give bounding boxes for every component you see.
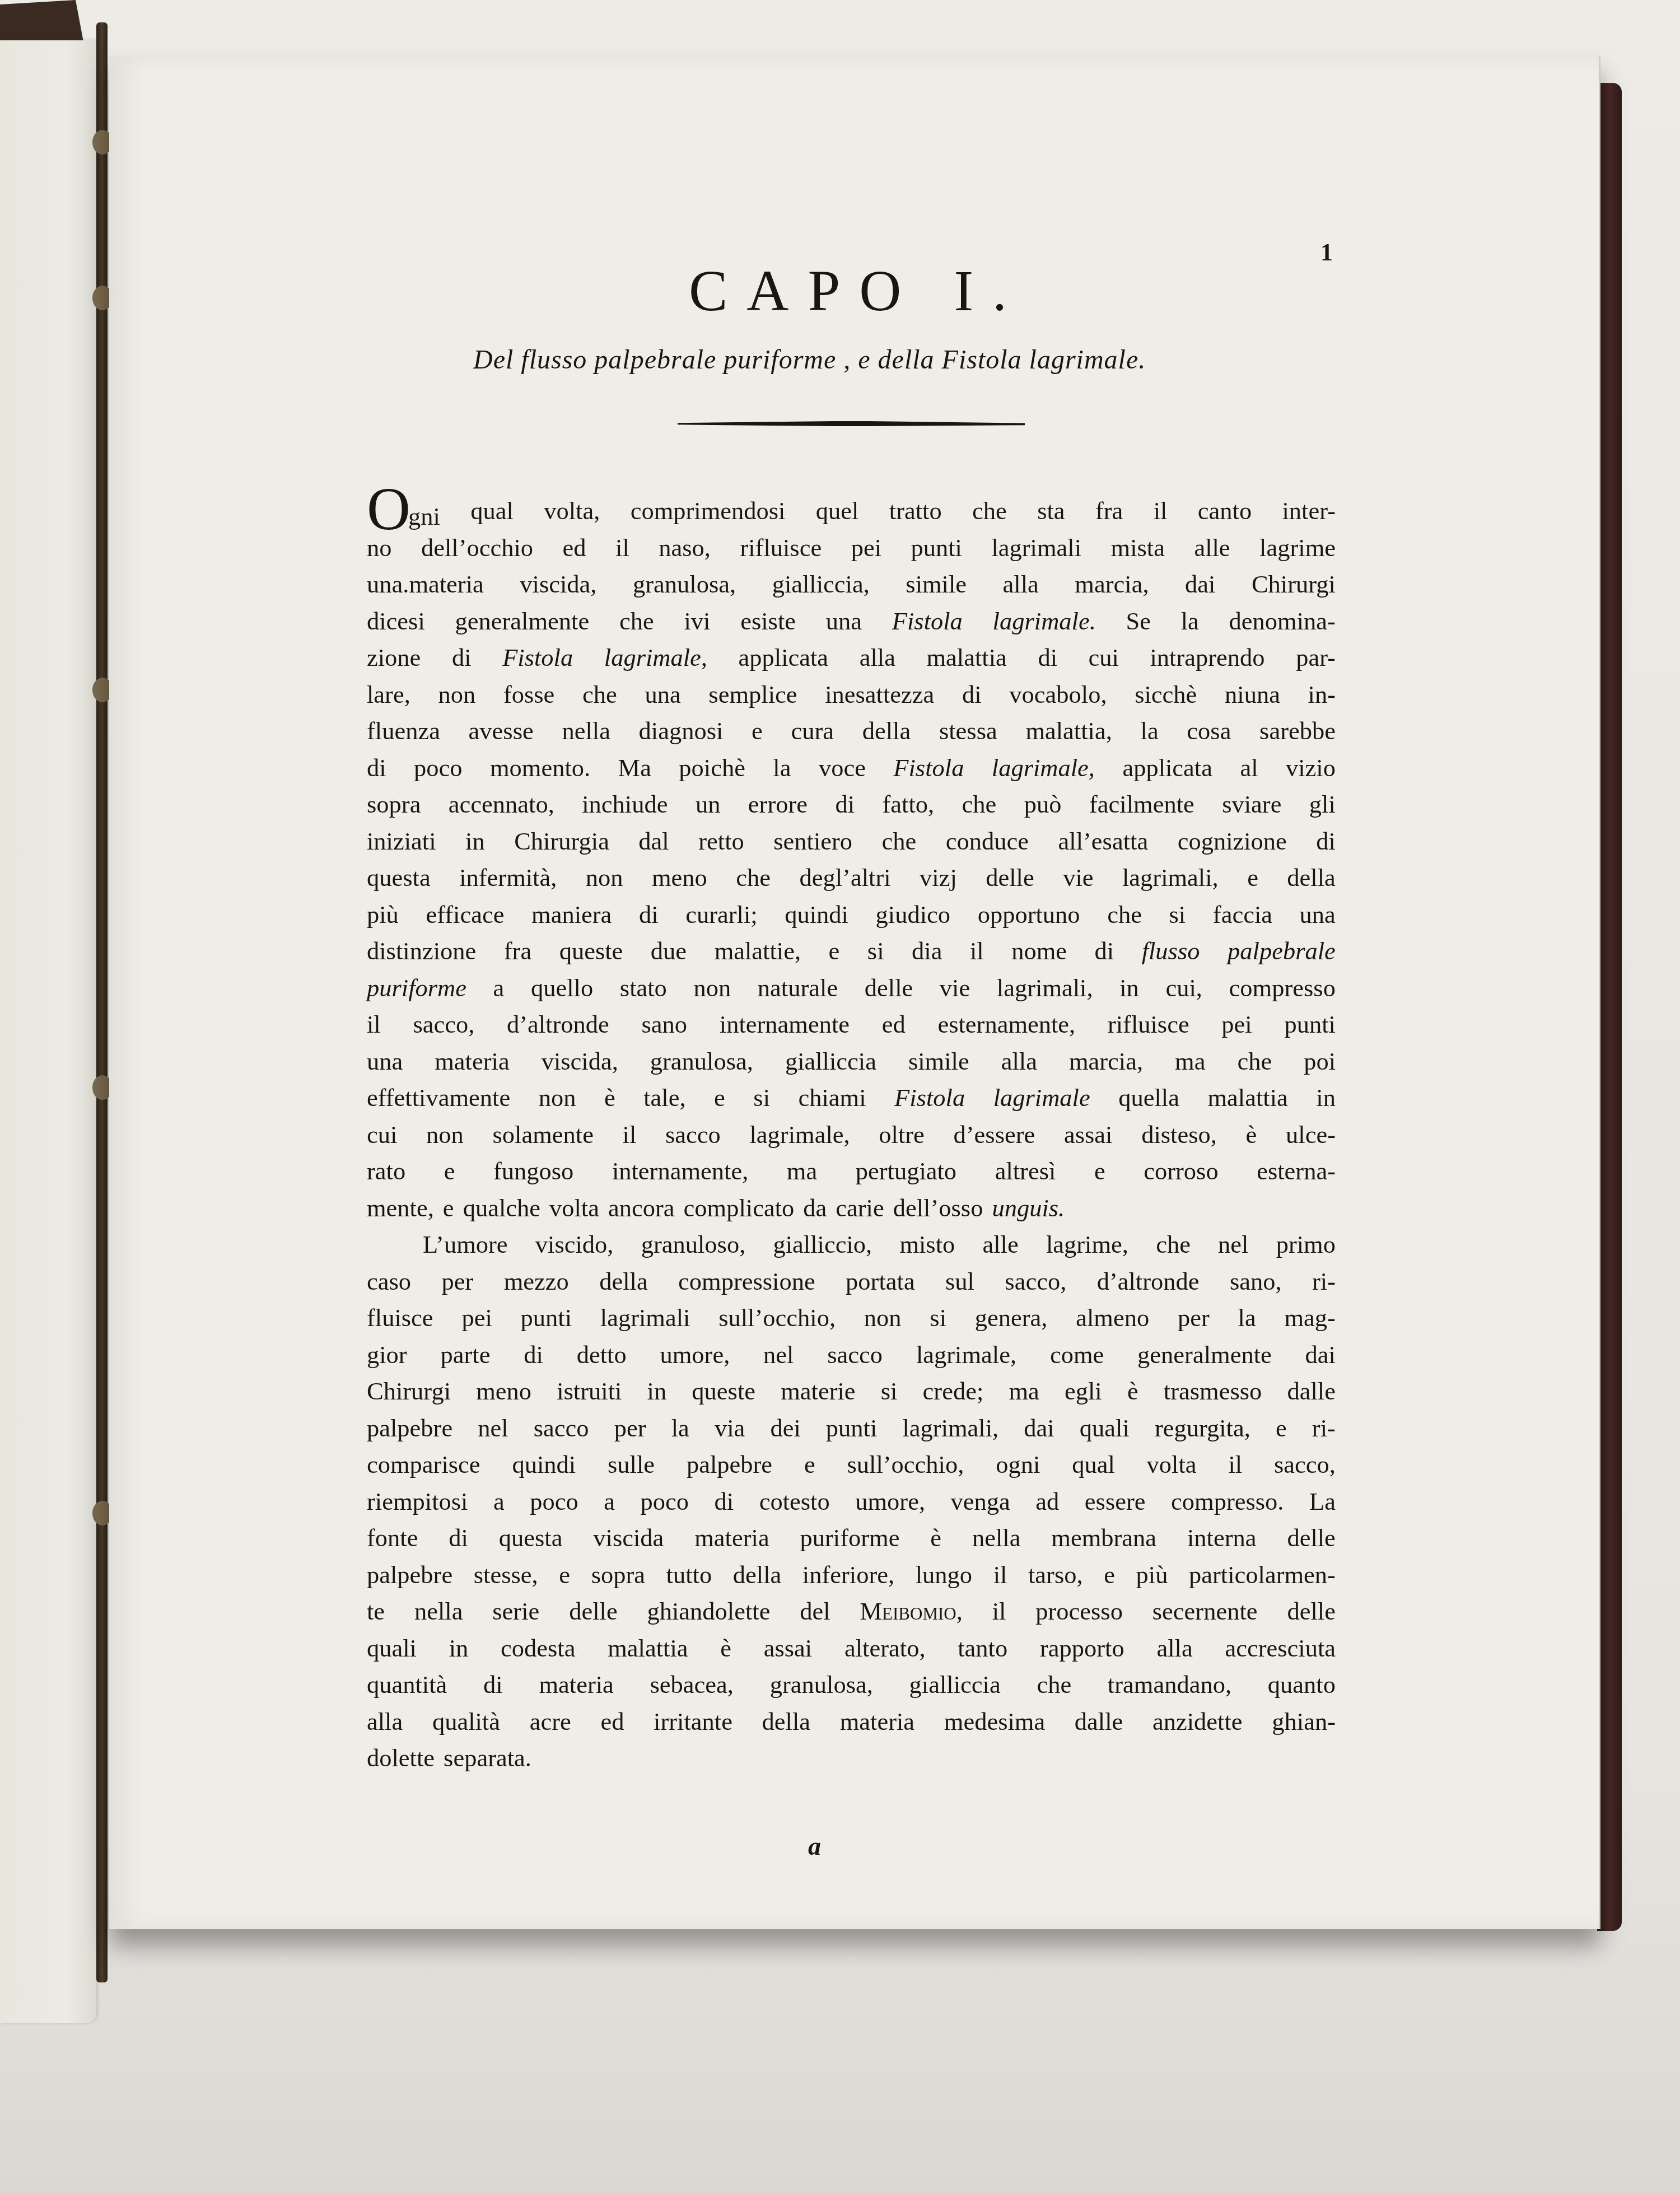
word: Fistola bbox=[892, 603, 963, 640]
word: rifluisce bbox=[1108, 1006, 1189, 1043]
text-line: giorpartedidettoumore,nelsaccolagrimale,… bbox=[367, 1337, 1336, 1374]
word: d’essere bbox=[954, 1117, 1035, 1154]
word: fra bbox=[504, 933, 531, 970]
word: sarebbe bbox=[1259, 713, 1336, 750]
text-line: questainfermità,nonmenochedegl’altrivizj… bbox=[367, 860, 1336, 897]
word: La bbox=[1309, 1483, 1336, 1520]
word: in bbox=[647, 1373, 667, 1410]
word: meno bbox=[476, 1373, 531, 1410]
word: non bbox=[864, 1300, 902, 1337]
word: via bbox=[715, 1410, 745, 1447]
word: come bbox=[1050, 1337, 1104, 1374]
word: il bbox=[623, 1117, 637, 1154]
paragraph-2: L’umoreviscido,granuloso,gialliccio,mist… bbox=[367, 1226, 1336, 1777]
word: delle bbox=[986, 860, 1034, 897]
word: di bbox=[1316, 823, 1336, 860]
word: chiami bbox=[799, 1080, 866, 1117]
word: dei bbox=[770, 1410, 800, 1447]
word: malattia bbox=[1207, 1080, 1287, 1117]
word: il bbox=[992, 1593, 1006, 1630]
word: a bbox=[604, 1483, 615, 1520]
word: sacco, bbox=[413, 1006, 474, 1043]
word: crede; bbox=[923, 1373, 984, 1410]
word: infermità, bbox=[459, 860, 557, 897]
word: anzidette bbox=[1152, 1704, 1243, 1741]
word: in bbox=[1119, 970, 1139, 1007]
word: corroso bbox=[1144, 1153, 1218, 1190]
word: per bbox=[441, 1263, 473, 1300]
word: oltre bbox=[879, 1117, 925, 1154]
word: Meibomio, bbox=[860, 1593, 963, 1630]
word: delle bbox=[1287, 1593, 1335, 1630]
word: fatto, bbox=[883, 786, 935, 823]
word: gior bbox=[367, 1337, 407, 1374]
text-line: casopermezzodellacompressioneportatasuls… bbox=[367, 1263, 1336, 1300]
word: cognizione bbox=[1178, 823, 1287, 860]
word: nel bbox=[1218, 1226, 1248, 1263]
word: sulle bbox=[608, 1447, 655, 1483]
word: non bbox=[586, 860, 623, 897]
word: inferiore, bbox=[802, 1557, 894, 1594]
word: sull’occhio, bbox=[718, 1300, 836, 1337]
text-line: nodell’occhioedilnaso,rifluiscepeipuntil… bbox=[367, 530, 1336, 567]
word: ed bbox=[600, 1704, 624, 1741]
word: unguis. bbox=[992, 1190, 1065, 1227]
word: venga bbox=[951, 1483, 1010, 1520]
word: lagrimale bbox=[993, 1080, 1090, 1117]
word: d’altronde bbox=[507, 1006, 609, 1043]
word: delle bbox=[569, 1593, 617, 1630]
word: umore, bbox=[660, 1337, 730, 1374]
word: tramandano, bbox=[1108, 1667, 1231, 1704]
word: materia bbox=[435, 1043, 509, 1080]
word: cosa bbox=[1187, 713, 1231, 750]
word: in bbox=[449, 1630, 469, 1667]
word: fluenza bbox=[367, 713, 440, 750]
word: una bbox=[826, 603, 862, 640]
word: almeno bbox=[1076, 1300, 1149, 1337]
word: si bbox=[867, 933, 884, 970]
word: poco bbox=[414, 750, 463, 787]
word: particolarmen- bbox=[1189, 1557, 1336, 1594]
word: fra bbox=[1095, 493, 1123, 530]
word: e bbox=[1094, 1153, 1105, 1190]
word: cui bbox=[1089, 640, 1119, 676]
word: alterato, bbox=[844, 1630, 926, 1667]
word: delle bbox=[1287, 1520, 1335, 1557]
word: te bbox=[367, 1593, 385, 1630]
word: degl’altri bbox=[800, 860, 891, 897]
word: malattia bbox=[608, 1630, 688, 1667]
word: non bbox=[426, 1117, 464, 1154]
word: di bbox=[524, 1337, 543, 1374]
book-back-cover-edge bbox=[1597, 83, 1622, 1931]
word: mente, bbox=[367, 1190, 434, 1227]
word: sebacea, bbox=[650, 1667, 734, 1704]
word: diagnosi bbox=[639, 713, 724, 750]
word: tratto bbox=[889, 493, 942, 530]
word: si bbox=[753, 1080, 770, 1117]
word: della bbox=[862, 713, 911, 750]
word: internamente, bbox=[612, 1153, 748, 1190]
word: marcia, bbox=[1069, 1043, 1143, 1080]
word: simile bbox=[908, 1043, 969, 1080]
text-line: doletteseparata. bbox=[367, 1740, 1336, 1777]
word: alla bbox=[1156, 1630, 1192, 1667]
word: che bbox=[1107, 897, 1142, 934]
word: portata bbox=[846, 1263, 915, 1300]
text-line: dicesigeneralmentecheiviesisteunaFistola… bbox=[367, 603, 1336, 640]
word: momento. bbox=[490, 750, 590, 787]
word: e bbox=[1276, 1410, 1287, 1447]
word: simile bbox=[906, 566, 967, 603]
word: gialliccia, bbox=[772, 566, 870, 603]
word: sacco bbox=[665, 1117, 721, 1154]
word: della bbox=[762, 1704, 810, 1741]
book-spine-stitching bbox=[96, 22, 108, 1982]
word: da bbox=[803, 1190, 827, 1227]
word: rapporto bbox=[1040, 1630, 1124, 1667]
text-line: palpebrenelsaccoperlaviadeipuntilagrimal… bbox=[367, 1410, 1336, 1447]
word: opportuno bbox=[978, 897, 1080, 934]
text-line: tenellaseriedelleghiandolettedelMeibomio… bbox=[367, 1593, 1336, 1630]
word: materia bbox=[840, 1704, 914, 1741]
word: medesima bbox=[944, 1704, 1045, 1741]
word: umore, bbox=[855, 1483, 925, 1520]
word: Ma bbox=[618, 750, 651, 787]
text-line: quantitàdimateriasebacea,granulosa,giall… bbox=[367, 1667, 1336, 1704]
word: quella bbox=[1118, 1080, 1179, 1117]
word: questa bbox=[499, 1520, 563, 1557]
word: ri- bbox=[1312, 1263, 1336, 1300]
word: comprimendosi bbox=[631, 493, 786, 530]
word: può bbox=[1024, 786, 1062, 823]
word: inchiude bbox=[582, 786, 668, 823]
word: puriforme bbox=[800, 1520, 900, 1557]
word: un bbox=[696, 786, 721, 823]
word: malattia bbox=[926, 640, 1006, 676]
word: sull’occhio, bbox=[847, 1447, 964, 1483]
word: questa bbox=[367, 860, 431, 897]
word: non bbox=[693, 970, 731, 1007]
word: sopra bbox=[591, 1557, 645, 1594]
word: Fistola bbox=[894, 1080, 965, 1117]
word: più bbox=[1136, 1557, 1168, 1594]
word: vizj bbox=[920, 860, 957, 897]
word: di bbox=[449, 1520, 468, 1557]
word: delle bbox=[865, 970, 913, 1007]
word: vizio bbox=[1286, 750, 1336, 787]
word: lagrime bbox=[1259, 530, 1336, 567]
word: di bbox=[835, 786, 855, 823]
word: esterna- bbox=[1257, 1153, 1336, 1190]
word: e bbox=[443, 1190, 454, 1227]
word: lagrimale, bbox=[992, 750, 1095, 787]
word: quindi bbox=[512, 1447, 576, 1483]
word: parte bbox=[441, 1337, 491, 1374]
chapter-title: CAPO I. bbox=[689, 258, 1026, 324]
word: gialliccia bbox=[909, 1667, 1001, 1704]
word: all’esatta bbox=[1058, 823, 1149, 860]
word: palpebre bbox=[367, 1557, 452, 1594]
word: poi bbox=[1304, 1043, 1336, 1080]
word: fungoso bbox=[493, 1153, 573, 1190]
word: mista bbox=[1111, 530, 1165, 567]
word: esternamente, bbox=[937, 1006, 1075, 1043]
word: che bbox=[972, 493, 1007, 530]
word: fosse bbox=[503, 676, 554, 713]
word: zione bbox=[367, 640, 421, 676]
word: cui, bbox=[1165, 970, 1202, 1007]
word: detto bbox=[577, 1337, 627, 1374]
word: di bbox=[1095, 933, 1114, 970]
word: mezzo bbox=[504, 1263, 569, 1300]
text-line: fluenzaavessenelladiagnosiecuradellastes… bbox=[367, 713, 1336, 750]
word: materia bbox=[539, 1667, 613, 1704]
text-line: piùefficacemanieradicurarli;quindigiudic… bbox=[367, 897, 1336, 934]
word: materia bbox=[694, 1520, 769, 1557]
word: una bbox=[645, 676, 680, 713]
word: meno bbox=[652, 860, 707, 897]
word: fluisce bbox=[367, 1300, 433, 1337]
word: gialliccio, bbox=[773, 1226, 872, 1263]
word: altresì bbox=[995, 1153, 1056, 1190]
word: più bbox=[367, 897, 399, 934]
word: ed bbox=[882, 1006, 906, 1043]
word: Ogni bbox=[367, 493, 440, 530]
word: poco bbox=[641, 1483, 689, 1520]
word: lagrimale, bbox=[749, 1117, 850, 1154]
word: denomina- bbox=[1229, 603, 1336, 640]
word: volta, bbox=[544, 493, 600, 530]
text-line: fontediquestaviscidamateriapuriformeènel… bbox=[367, 1520, 1336, 1557]
word: assai bbox=[1064, 1117, 1113, 1154]
word: poichè bbox=[679, 750, 745, 787]
word: accresciuta bbox=[1225, 1630, 1336, 1667]
word: quali bbox=[367, 1630, 417, 1667]
text-line: mente,equalchevoltaancoracomplicatodacar… bbox=[367, 1190, 1336, 1227]
signature-mark: a bbox=[808, 1831, 821, 1861]
word: è bbox=[720, 1630, 731, 1667]
text-line: cuinonsolamenteilsaccolagrimale,oltred’e… bbox=[367, 1117, 1336, 1154]
word: e bbox=[444, 1153, 455, 1190]
word: granuloso, bbox=[641, 1226, 746, 1263]
word: assai bbox=[764, 1630, 813, 1667]
word: dell’osso bbox=[893, 1190, 983, 1227]
word: cui bbox=[367, 1117, 397, 1154]
word: maniera bbox=[531, 897, 612, 934]
word: viscida bbox=[593, 1520, 664, 1557]
word: avesse bbox=[469, 713, 534, 750]
word: distinzione bbox=[367, 933, 476, 970]
word: in bbox=[465, 823, 485, 860]
word: misto bbox=[899, 1226, 955, 1263]
word: e bbox=[829, 933, 840, 970]
word: sano, bbox=[1230, 1263, 1282, 1300]
word: quanto bbox=[1268, 1667, 1336, 1704]
word: si bbox=[1169, 897, 1186, 934]
word: per bbox=[1178, 1300, 1210, 1337]
word: nome bbox=[1011, 933, 1067, 970]
word: primo bbox=[1276, 1226, 1336, 1263]
word: che bbox=[1156, 1226, 1191, 1263]
word: lagrimali, bbox=[997, 970, 1093, 1007]
word: non bbox=[438, 676, 475, 713]
word: che bbox=[882, 823, 917, 860]
word: quello bbox=[531, 970, 593, 1007]
word: viscida, bbox=[520, 566, 596, 603]
word: malattia, bbox=[1025, 713, 1112, 750]
word: il bbox=[993, 1557, 1007, 1594]
word: punti bbox=[1284, 1006, 1335, 1043]
word: qual bbox=[1072, 1447, 1115, 1483]
word: lagrimale. bbox=[993, 603, 1096, 640]
previous-page-edge bbox=[0, 40, 96, 2023]
word: che bbox=[1237, 1043, 1272, 1080]
word: Fistola bbox=[502, 640, 573, 676]
word: sta bbox=[1037, 493, 1065, 530]
word: tarso, bbox=[1028, 1557, 1083, 1594]
word: puriforme bbox=[367, 970, 466, 1007]
word: ma bbox=[1009, 1373, 1039, 1410]
word: membrana bbox=[1051, 1520, 1156, 1557]
chapter-subtitle: Del flusso palpebrale puriforme , e dell… bbox=[473, 344, 1146, 375]
word: ancora bbox=[608, 1190, 675, 1227]
word: stesse, bbox=[474, 1557, 538, 1594]
word: internamente bbox=[720, 1006, 850, 1043]
word: quali bbox=[1080, 1410, 1130, 1447]
word: alle bbox=[1194, 530, 1230, 567]
word: tutto bbox=[666, 1557, 712, 1594]
word: lagrime, bbox=[1046, 1226, 1128, 1263]
word: viscido, bbox=[535, 1226, 614, 1263]
word: dai bbox=[1185, 566, 1215, 603]
word: non bbox=[539, 1080, 576, 1117]
word: vie bbox=[940, 970, 970, 1007]
word: sano bbox=[642, 1006, 688, 1043]
word: ed bbox=[563, 530, 586, 567]
word: nella bbox=[972, 1520, 1020, 1557]
word: faccia bbox=[1213, 897, 1272, 934]
word: lare, bbox=[367, 676, 410, 713]
word: pei bbox=[1221, 1006, 1252, 1043]
word: ad bbox=[1035, 1483, 1059, 1520]
word: ghian- bbox=[1272, 1704, 1336, 1741]
word: di bbox=[483, 1667, 503, 1704]
word: lagrimale, bbox=[916, 1337, 1016, 1374]
word: irritante bbox=[654, 1704, 732, 1741]
word: qualità bbox=[432, 1704, 500, 1741]
word: efficace bbox=[426, 897, 504, 934]
word: effettivamente bbox=[367, 1080, 510, 1117]
word: tale, bbox=[643, 1080, 685, 1117]
word: retto bbox=[698, 823, 744, 860]
word: la bbox=[1238, 1300, 1256, 1337]
word: in bbox=[1316, 1080, 1336, 1117]
word: al bbox=[1240, 750, 1258, 787]
word: poco bbox=[530, 1483, 578, 1520]
word: secernente bbox=[1152, 1593, 1258, 1630]
word: trasmesso bbox=[1164, 1373, 1262, 1410]
word: alla bbox=[860, 640, 895, 676]
text-line: zionediFistolalagrimale,applicataallamal… bbox=[367, 640, 1336, 676]
word: della bbox=[1287, 860, 1335, 897]
word: ulce- bbox=[1286, 1117, 1336, 1154]
word: e bbox=[752, 713, 763, 750]
word: punti bbox=[826, 1410, 877, 1447]
word: e bbox=[804, 1447, 815, 1483]
word: regurgita, bbox=[1155, 1410, 1250, 1447]
word: alle bbox=[982, 1226, 1018, 1263]
word: dia bbox=[912, 933, 942, 970]
text-line: ratoefungosointernamente,mapertugiatoalt… bbox=[367, 1153, 1336, 1190]
word: sacco bbox=[827, 1337, 883, 1374]
word: dalle bbox=[1075, 1704, 1123, 1741]
word: processo bbox=[1035, 1593, 1123, 1630]
text-line: sopraaccennato,inchiudeunerroredifatto,c… bbox=[367, 786, 1336, 823]
word: è bbox=[604, 1080, 615, 1117]
word: di bbox=[962, 676, 982, 713]
body-text: Ogniqualvolta,comprimendosiqueltrattoche… bbox=[367, 493, 1336, 1777]
word: il bbox=[615, 530, 629, 567]
page-number: 1 bbox=[1320, 238, 1333, 267]
word: e bbox=[559, 1557, 570, 1594]
word: ogni bbox=[996, 1447, 1040, 1483]
word: cotesto bbox=[759, 1483, 830, 1520]
word: qualche bbox=[463, 1190, 540, 1227]
word: ghiandolette bbox=[647, 1593, 770, 1630]
word: Fistola bbox=[893, 750, 964, 787]
word: voce bbox=[819, 750, 866, 787]
text-line: iniziatiinChirurgiadalrettosentierocheco… bbox=[367, 823, 1336, 860]
word: nella bbox=[414, 1593, 463, 1630]
word: carie bbox=[836, 1190, 884, 1227]
word: errore bbox=[748, 786, 808, 823]
word: è bbox=[1127, 1373, 1138, 1410]
word: comparisce bbox=[367, 1447, 480, 1483]
word: gialliccia bbox=[785, 1043, 876, 1080]
word: par- bbox=[1296, 640, 1336, 676]
word: sentiero bbox=[773, 823, 852, 860]
word: nella bbox=[562, 713, 610, 750]
word: nel bbox=[763, 1337, 794, 1374]
word: quel bbox=[816, 493, 859, 530]
word: granulosa, bbox=[633, 566, 736, 603]
word: materie bbox=[781, 1373, 855, 1410]
word: e bbox=[1247, 860, 1258, 897]
word: in- bbox=[1308, 676, 1336, 713]
word: essere bbox=[1085, 1483, 1146, 1520]
word: curarli; bbox=[685, 897, 757, 934]
word: dell’occhio bbox=[421, 530, 533, 567]
word: alla bbox=[1001, 1043, 1037, 1080]
word: accennato, bbox=[449, 786, 554, 823]
word: quantità bbox=[367, 1667, 447, 1704]
word: è bbox=[930, 1520, 941, 1557]
word: compresso bbox=[1229, 970, 1336, 1007]
word: sacco, bbox=[1274, 1447, 1336, 1483]
word: d’altronde bbox=[1097, 1263, 1200, 1300]
word: iniziati bbox=[367, 823, 436, 860]
text-line: Ogniqualvolta,comprimendosiqueltrattoche… bbox=[367, 493, 1336, 530]
text-line: riempitosiapocoapocodicotestoumore,venga… bbox=[367, 1483, 1336, 1520]
word: lagrimali bbox=[600, 1300, 690, 1337]
word: per bbox=[614, 1410, 646, 1447]
word: nel bbox=[478, 1410, 508, 1447]
word: ri- bbox=[1312, 1410, 1336, 1447]
word: due bbox=[651, 933, 687, 970]
text-line: effettivamentenonètale,esichiamiFistolal… bbox=[367, 1080, 1336, 1117]
